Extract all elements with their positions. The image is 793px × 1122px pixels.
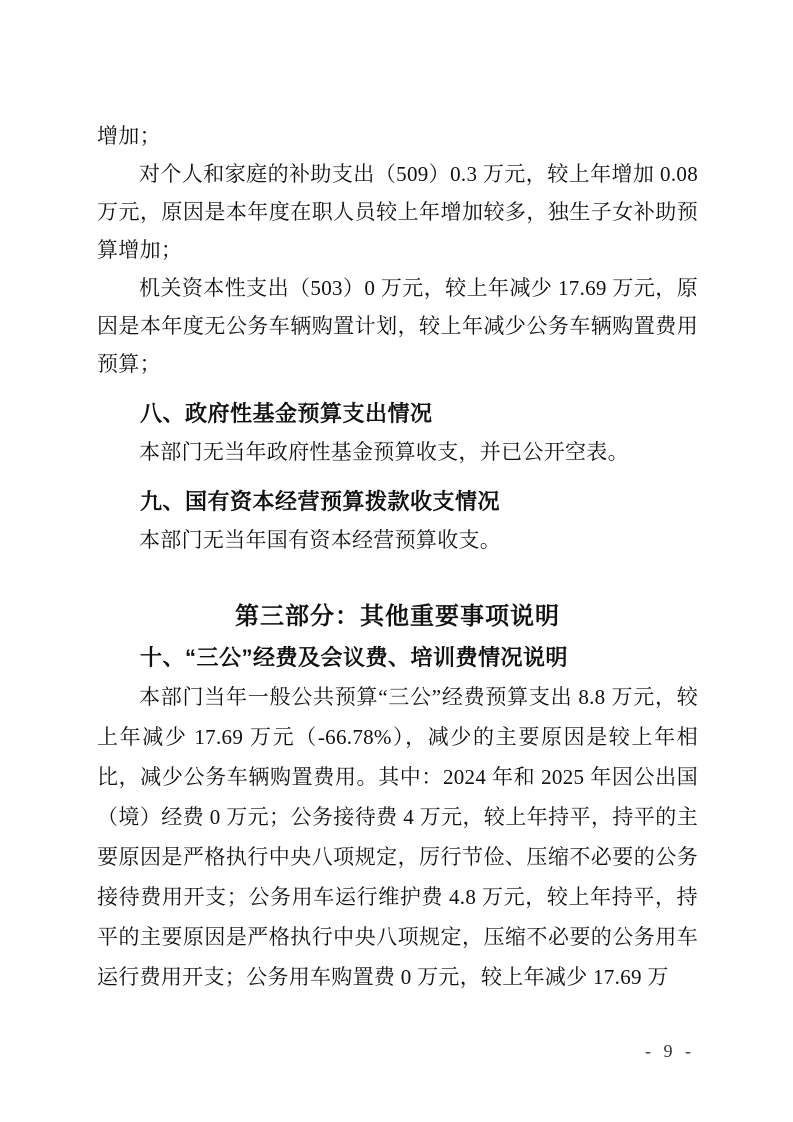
paragraph-section-8: 本部门无当年政府性基金预算收支，并已公开空表。 (97, 433, 698, 471)
heading-section-8-government-fund-budget: 八、政府性基金预算支出情况 (97, 395, 698, 433)
paragraph-capital-expenditure: 机关资本性支出（503）0 万元，较上年减少 17.69 万元，原因是本年度无公… (97, 269, 698, 383)
paragraph-individual-family-subsidy: 对个人和家庭的补助支出（509）0.3 万元，较上年增加 0.08 万元，原因是… (97, 155, 698, 269)
paragraph-continuation: 增加； (97, 117, 698, 155)
heading-section-10-three-public-expenses: 十、“三公”经费及会议费、培训费情况说明 (97, 639, 698, 677)
paragraph-section-10: 本部门当年一般公共预算“三公”经费预算支出 8.8 万元，较上年减少 17.69… (97, 677, 698, 997)
page-number: - 9 - (645, 1038, 695, 1064)
document-page: 增加； 对个人和家庭的补助支出（509）0.3 万元，较上年增加 0.08 万元… (0, 0, 793, 1122)
document-body: 增加； 对个人和家庭的补助支出（509）0.3 万元，较上年增加 0.08 万元… (97, 117, 698, 997)
paragraph-section-9: 本部门无当年国有资本经营预算收支。 (97, 521, 698, 559)
part-three-title: 第三部分：其他重要事项说明 (97, 597, 698, 637)
heading-section-9-state-capital-budget: 九、国有资本经营预算拨款收支情况 (97, 483, 698, 521)
